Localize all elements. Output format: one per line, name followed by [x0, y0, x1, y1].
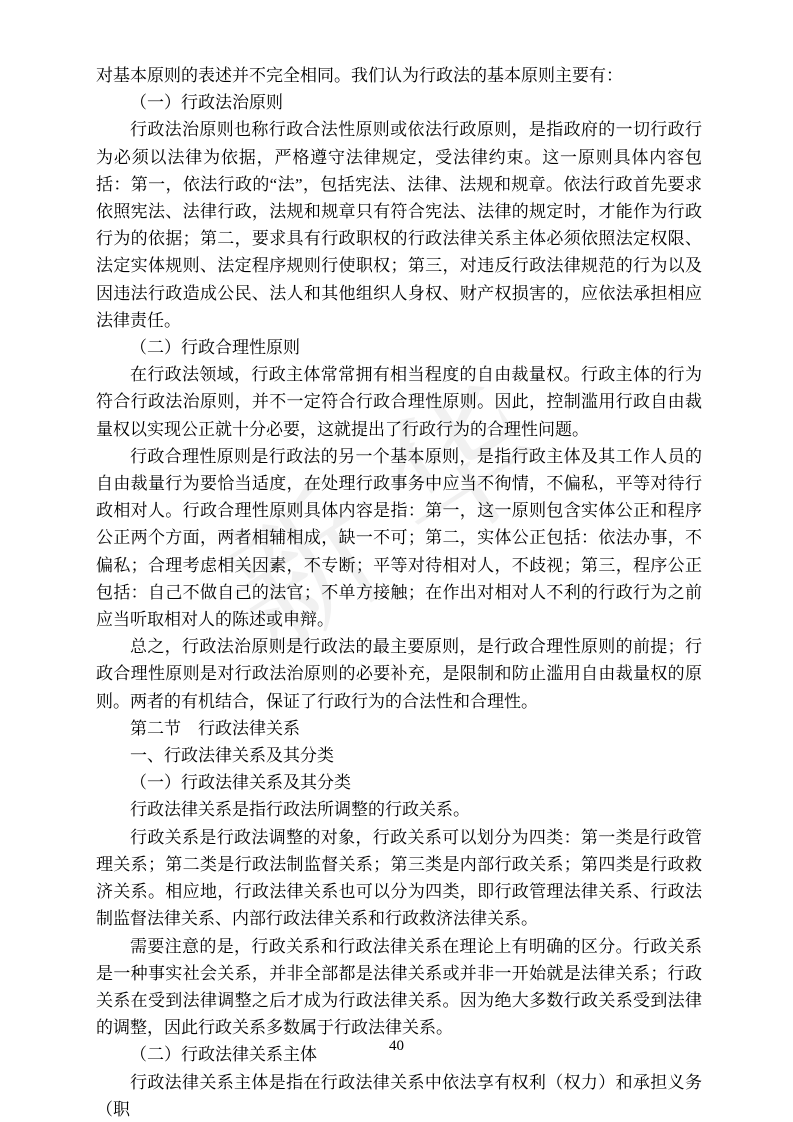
- paragraph: 行政法治原则也称行政合法性原则或依法行政原则，是指政府的一切行政行为必须以法律为…: [96, 116, 702, 334]
- paragraph: 总之，行政法治原则是行政法的最主要原则，是行政合理性原则的前提；行政合理性原则是…: [96, 633, 702, 715]
- document-page: 新华 对基本原则的表述并不完全相同。我们认为行政法的基本原则主要有： （一）行政…: [0, 0, 793, 1122]
- heading-sub-1: 一、行政法律关系及其分类: [96, 742, 702, 769]
- heading-item-1b: （一）行政法律关系及其分类: [96, 769, 702, 796]
- page-body-text: 对基本原则的表述并不完全相同。我们认为行政法的基本原则主要有： （一）行政法治原…: [96, 62, 702, 1122]
- heading-item-1: （一）行政法治原则: [96, 89, 702, 116]
- paragraph: 在行政法领域，行政主体常常拥有相当程度的自由裁量权。行政主体的行为符合行政法治原…: [96, 361, 702, 443]
- paragraph-truncated: 行政法律关系主体是指在行政法律关系中依法享有权利（权力）和承担义务（职: [96, 1069, 702, 1122]
- paragraph: 需要注意的是，行政关系和行政法律关系在理论上有明确的区分。行政关系是一种事实社会…: [96, 933, 702, 1042]
- heading-section-2: 第二节 行政法律关系: [96, 715, 702, 742]
- paragraph: 行政合理性原则是行政法的另一个基本原则，是指行政主体及其工作人员的自由裁量行为要…: [96, 443, 702, 633]
- page-number: 40: [0, 1038, 793, 1055]
- paragraph: 行政法律关系是指行政法所调整的行政关系。: [96, 796, 702, 823]
- paragraph-continuation: 对基本原则的表述并不完全相同。我们认为行政法的基本原则主要有：: [96, 62, 702, 89]
- heading-item-2: （二）行政合理性原则: [96, 334, 702, 361]
- paragraph: 行政关系是行政法调整的对象，行政关系可以划分为四类：第一类是行政管理关系；第二类…: [96, 824, 702, 933]
